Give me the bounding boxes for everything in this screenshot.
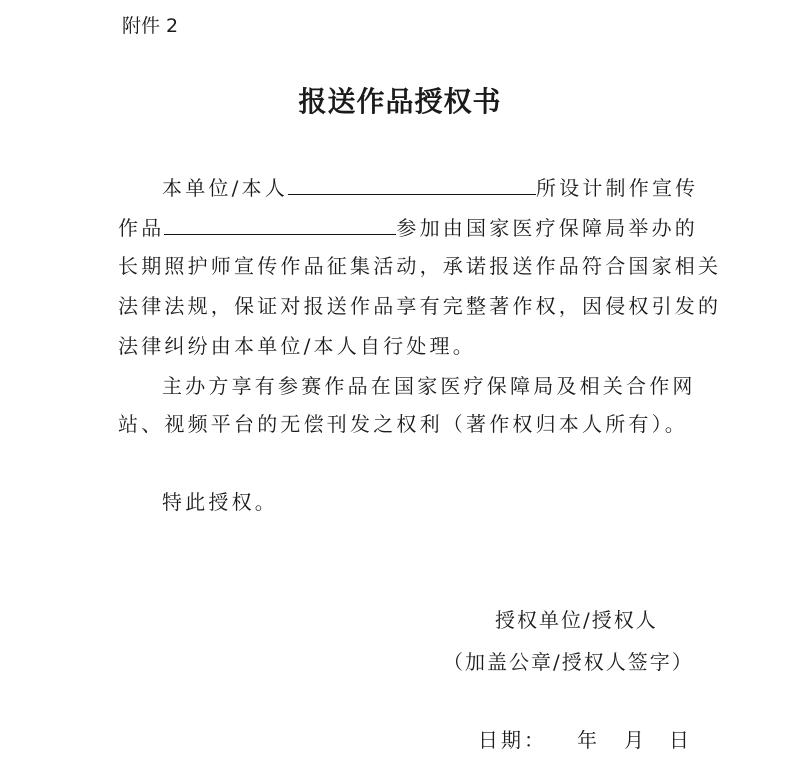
attachment-label: 附件 2: [122, 14, 178, 38]
paragraph1-line2: 作品参加由国家医疗保障局举办的: [118, 212, 683, 240]
work-suffix: 参加由国家医疗保障局举办的: [396, 216, 698, 240]
date-day: 日: [669, 726, 692, 754]
paragraph2-line2: 站、视频平台的无偿刊发之权利（著作权归本人所有）。: [118, 410, 683, 438]
date-month: 月: [624, 726, 647, 754]
work-name-blank[interactable]: [164, 212, 396, 235]
date-label: 日期：: [478, 726, 547, 754]
work-prefix: 作品: [118, 216, 164, 240]
paragraph1-line4: 法律法规，保证对报送作品享有完整著作权，因侵权引发的: [118, 292, 683, 320]
authorizer-prefix: 本单位/本人: [162, 176, 288, 200]
date-year: 年: [577, 726, 600, 754]
authorizer-suffix: 所设计制作宣传: [536, 176, 698, 200]
authorizer-signature-label: 授权单位/授权人: [495, 606, 658, 634]
stamp-note: （加盖公章/授权人签字）: [443, 648, 694, 676]
closing-statement: 特此授权。: [118, 488, 727, 516]
paragraph2-line1: 主办方享有参赛作品在国家医疗保障局及相关合作网: [118, 372, 727, 400]
paragraph1-line1: 本单位/本人所设计制作宣传: [118, 172, 727, 200]
document-title: 报送作品授权书: [0, 82, 800, 122]
date-line: 日期：年月日: [478, 726, 692, 754]
paragraph1-line5: 法律纠纷由本单位/本人自行处理。: [118, 332, 683, 360]
authorizer-name-blank[interactable]: [288, 172, 536, 195]
paragraph1-line3: 长期照护师宣传作品征集活动，承诺报送作品符合国家相关: [118, 252, 683, 280]
